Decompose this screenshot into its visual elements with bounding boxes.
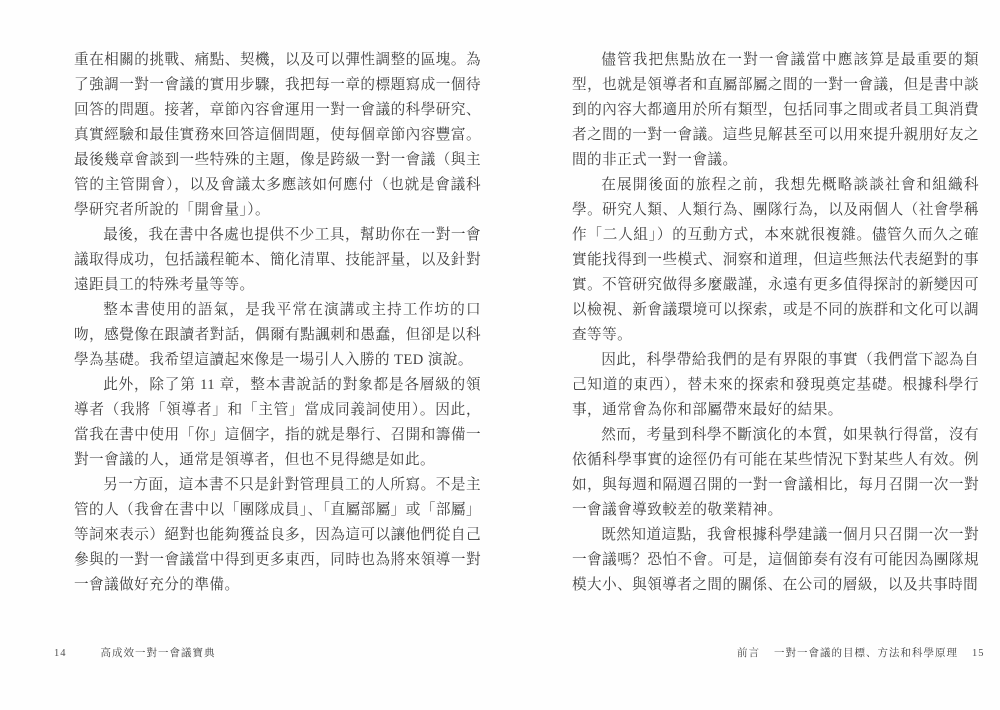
book-spread: 重在相關的挑戰、痛點、契機，以及可以彈性調整的區塊。為了強調一對一會議的實用步驟… [0, 0, 1000, 710]
paragraph: 儘管我把焦點放在一對一會議當中應該算是最重要的類型，也就是領導者和直屬部屬之間的… [572, 48, 979, 173]
left-page: 重在相關的挑戰、痛點、契機，以及可以彈性調整的區塊。為了強調一對一會議的實用步驟… [0, 0, 500, 710]
paragraph: 此外，除了第 11 章，整本書說話的對象都是各層級的領導者（我將「領導者」和「主… [74, 373, 481, 473]
paragraph: 重在相關的挑戰、痛點、契機，以及可以彈性調整的區塊。為了強調一對一會議的實用步驟… [74, 48, 481, 223]
left-page-footer: 14 高成效一對一會議寶典 [54, 645, 216, 660]
right-page-footer: 前言 一對一會議的目標、方法和科學原理 15 [737, 645, 985, 660]
right-footer-section-title: 一對一會議的目標、方法和科學原理 [774, 645, 958, 660]
paragraph: 整本書使用的語氣，是我平常在演講或主持工作坊的口吻，感覺像在跟讀者對話，偶爾有點… [74, 298, 481, 373]
right-page-text: 儘管我把焦點放在一對一會議當中應該算是最重要的類型，也就是領導者和直屬部屬之間的… [572, 48, 979, 598]
left-page-text: 重在相關的挑戰、痛點、契機，以及可以彈性調整的區塊。為了強調一對一會議的實用步驟… [74, 48, 481, 598]
paragraph: 另一方面，這本書不只是針對管理員工的人所寫。不是主管的人（我會在書中以「團隊成員… [74, 473, 481, 598]
paragraph: 最後，我在書中各處也提供不少工具，幫助你在一對一會議取得成功，包括議程範本、簡化… [74, 223, 481, 298]
right-footer-chapter: 前言 [737, 645, 760, 660]
left-page-number: 14 [54, 648, 67, 659]
paragraph: 因此，科學帶給我們的是有界限的事實（我們當下認為自己知道的東西），替未來的探索和… [572, 348, 979, 423]
left-footer-book-title: 高成效一對一會議寶典 [101, 645, 216, 660]
right-page: 儘管我把焦點放在一對一會議當中應該算是最重要的類型，也就是領導者和直屬部屬之間的… [500, 0, 1000, 710]
right-page-number: 15 [972, 648, 985, 659]
paragraph: 在展開後面的旅程之前，我想先概略談談社會和組織科學。研究人類、人類行為、團隊行為… [572, 173, 979, 348]
paragraph: 既然知道這點，我會根據科學建議一個月只召開一次一對一會議嗎？恐怕不會。可是，這個… [572, 523, 979, 598]
paragraph: 然而，考量到科學不斷演化的本質，如果執行得當，沒有依循科學事實的途徑仍有可能在某… [572, 423, 979, 523]
